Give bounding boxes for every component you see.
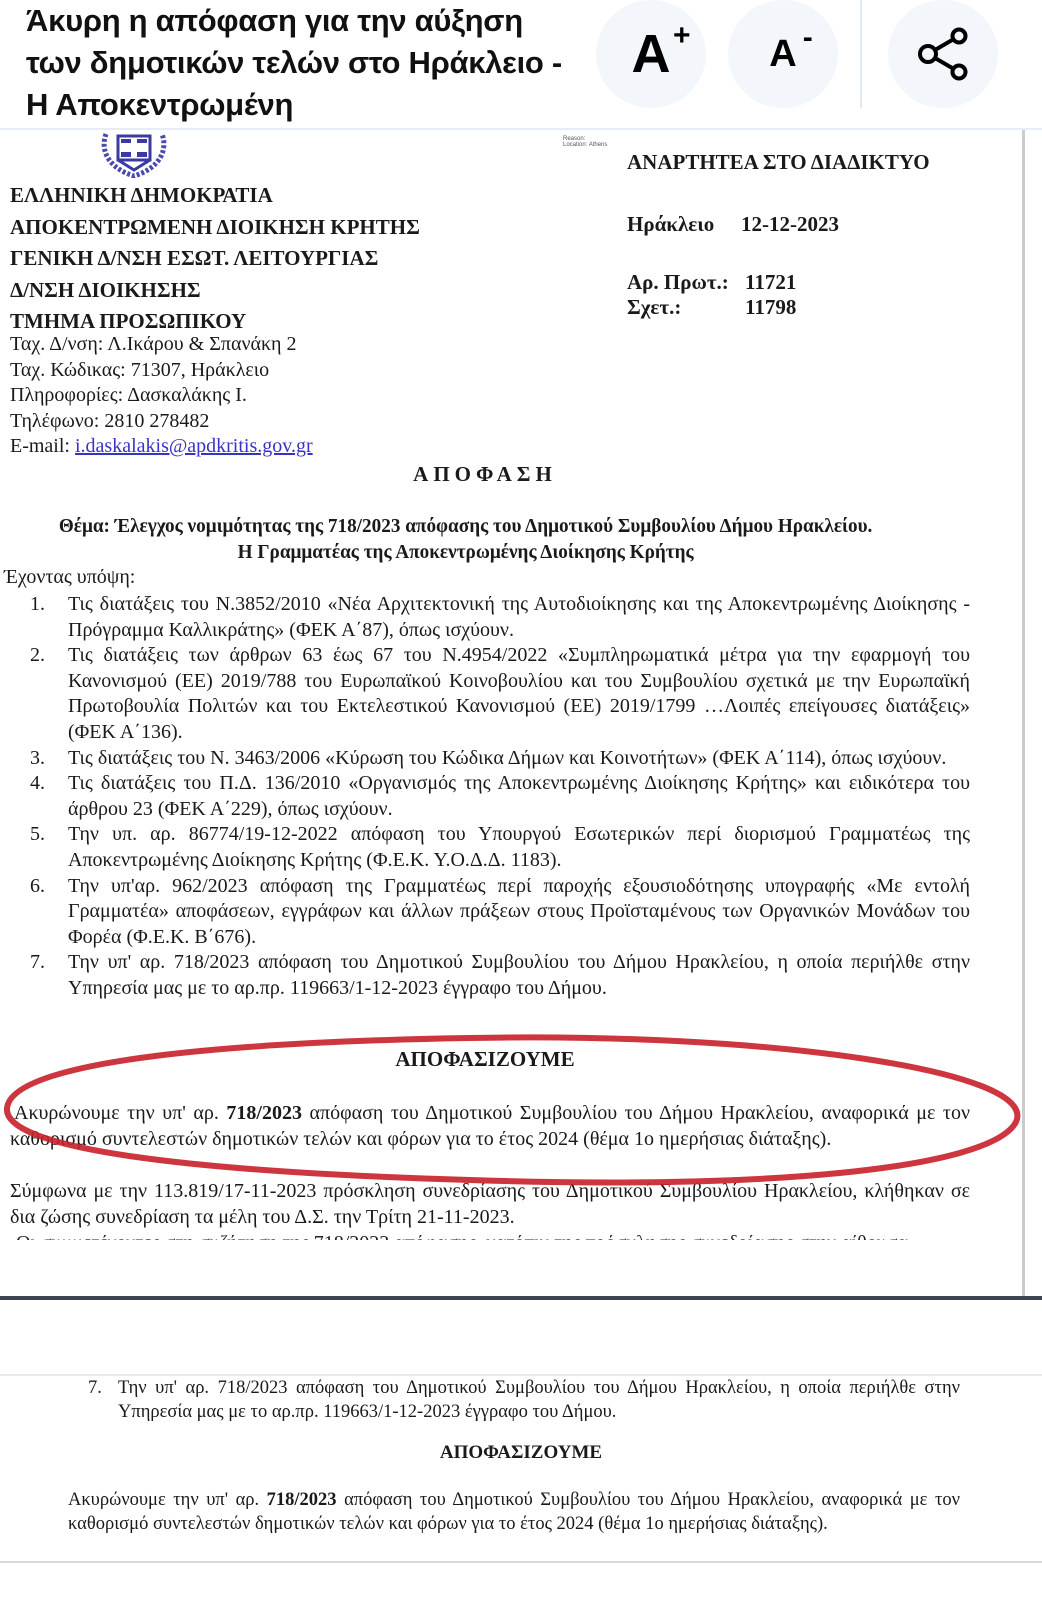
document-excerpt: 7.Την υπ' αρ. 718/2023 απόφαση του Δημοτ… <box>0 1374 1042 1563</box>
article-title: Άκυρη η απόφαση για την αύξηση των δημοτ… <box>26 0 586 126</box>
related-label: Σχετ.: <box>627 295 681 320</box>
consideration-item: 6.Την υπ'αρ. 962/2023 απόφαση της Γραμμα… <box>30 874 970 951</box>
share-button[interactable] <box>888 0 998 108</box>
email-link[interactable]: i.daskalakis@apdkritis.gov.gr <box>75 435 313 457</box>
posting-note: ΑΝΑΡΤΗΤΕΑ ΣΤΟ ΔΙΑΔΙΚΤΥΟ <box>627 150 930 175</box>
increase-font-button[interactable]: A+ <box>596 0 706 108</box>
protocol-label: Αρ. Πρωτ.: <box>627 270 729 295</box>
subject: Θέμα: Έλεγχος νομιμότητας της 718/2023 α… <box>0 513 931 565</box>
excerpt-decision-text: Ακυρώνουμε την υπ' αρ. 718/2023 απόφαση … <box>68 1488 960 1536</box>
font-decrease-icon: A- <box>769 35 796 73</box>
share-icon <box>912 23 974 85</box>
document-edge <box>0 1296 1042 1300</box>
signature-meta: Reason: Location: Athens <box>563 136 607 148</box>
place-label: Ηράκλειο <box>627 212 714 237</box>
considering-label: Έχοντας υπόψη: <box>4 566 135 589</box>
decision-heading: ΑΠΟΦΑΣΗ <box>0 462 970 487</box>
issuing-authority: ΕΛΛΗΝΙΚΗ ΔΗΜΟΚΡΑΤΙΑ ΑΠΟΚΕΝΤΡΩΜΕΝΗ ΔΙΟΙΚΗ… <box>10 180 420 338</box>
article-header: Άκυρη η απόφαση για την αύξηση των δημοτ… <box>0 0 1042 130</box>
consideration-item: 5.Την υπ. αρ. 86774/19-12-2022 απόφαση τ… <box>30 822 970 873</box>
document-date: 12-12-2023 <box>741 212 839 237</box>
excerpt-decide-heading: ΑΠΟΦΑΣΙΖΟΥΜΕ <box>0 1442 1042 1464</box>
consideration-item: 2.Τις διατάξεις των άρθρων 63 έως 67 του… <box>30 643 970 745</box>
consideration-item: 3.Τις διατάξεις του Ν. 3463/2006 «Κύρωση… <box>30 746 970 772</box>
contact-details: Ταχ. Δ/νση: Λ.Ικάρου & Σπανάκη 2 Ταχ. Κώ… <box>10 332 313 460</box>
header-divider <box>860 0 862 108</box>
consideration-item: 7.Την υπ' αρ. 718/2023 απόφαση του Δημοτ… <box>30 950 970 1001</box>
decide-heading: ΑΠΟΦΑΣΙΖΟΥΜΕ <box>0 1047 970 1072</box>
greek-emblem-icon <box>98 130 170 178</box>
consideration-item: 4.Τις διατάξεις του Π.Δ. 136/2010 «Οργαν… <box>30 771 970 822</box>
considerations-list: 1.Τις διατάξεις του Ν.3852/2010 «Νέα Αρχ… <box>30 592 970 1002</box>
protocol-number: 11721 <box>745 270 796 295</box>
decrease-font-button[interactable]: A- <box>728 0 838 108</box>
decision-text: Ακυρώνουμε την υπ' αρ. 718/2023 απόφαση … <box>10 1100 970 1152</box>
excerpt-item-7: 7.Την υπ' αρ. 718/2023 απόφαση του Δημοτ… <box>88 1376 960 1424</box>
cut-text-line: Οι συμμετέχοντες στη συζήτηση της 718/20… <box>16 1230 966 1240</box>
consideration-item: 1.Τις διατάξεις του Ν.3852/2010 «Νέα Αρχ… <box>30 592 970 643</box>
following-paragraph: Σύμφωνα με την 113.819/17-11-2023 πρόσκλ… <box>10 1178 970 1230</box>
font-increase-icon: A+ <box>632 27 671 81</box>
related-number: 11798 <box>745 295 796 320</box>
